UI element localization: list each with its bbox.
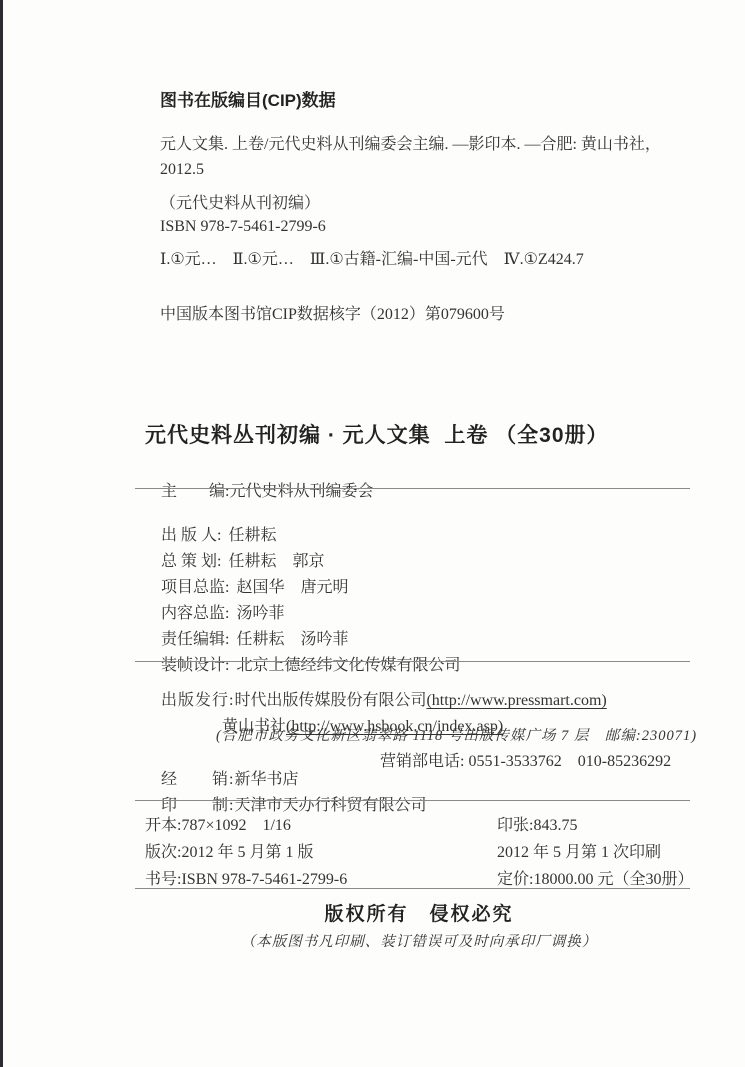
publisher-address: (合肥市政务文化新区翡翠路 1118 号出版传媒广场 7 层 邮编:230071… [216,724,697,745]
chief-editor-label: 主 编: [161,483,229,500]
cip-header: 图书在版编目(CIP)数据 [160,86,336,111]
spec-printing: 2012 年 5 月第 1 次印刷 [497,839,661,862]
cip-series-note: （元代史料从刊初编） [160,190,320,213]
copyright-notice: 版权所有 侵权必究 [145,899,693,926]
spec-isbn: 书号:ISBN 978-7-5461-2799-6 [145,866,347,889]
book-title: 元代史料丛刊初编 · 元人文集 上卷 （全30册） [145,419,609,449]
book-copyright-page: 图书在版编目(CIP)数据 元人文集. 上卷/元代史料从刊编委会主编. —影印本… [0,0,745,1067]
sales-phone: 营销部电话: 0551-3533762 010-85236292 [380,748,671,771]
divider-line-4 [135,888,690,889]
spec-sheets: 印张:843.75 [497,812,577,835]
divider-line-3 [135,800,690,801]
cip-pub-year: 2012.5 [160,161,204,179]
divider-line-1 [135,488,690,489]
cip-record-number: 中国版本图书馆CIP数据核字（2012）第079600号 [160,301,505,324]
exchange-note: （本版图书凡印刷、装订错误可及时向承印厂调换） [145,930,693,951]
cip-classification: Ⅰ.①元… Ⅱ.①元… Ⅲ.①古籍-汇编-中国-元代 Ⅳ.①Z424.7 [160,246,584,269]
spec-price: 定价:18000.00 元（全30册） [497,866,693,889]
cip-title-statement: 元人文集. 上卷/元代史料从刊编委会主编. —影印本. —合肥: 黄山书社， [160,131,661,154]
spec-format: 开本:787×1092 1/16 [145,812,291,835]
spec-edition: 版次:2012 年 5 月第 1 版 [145,839,313,862]
divider-line-2 [135,661,690,662]
scan-edge-artifact [0,0,3,1067]
cip-isbn: ISBN 978-7-5461-2799-6 [160,218,326,236]
chief-editor-value: 元代史料从刊编委会 [229,483,373,500]
